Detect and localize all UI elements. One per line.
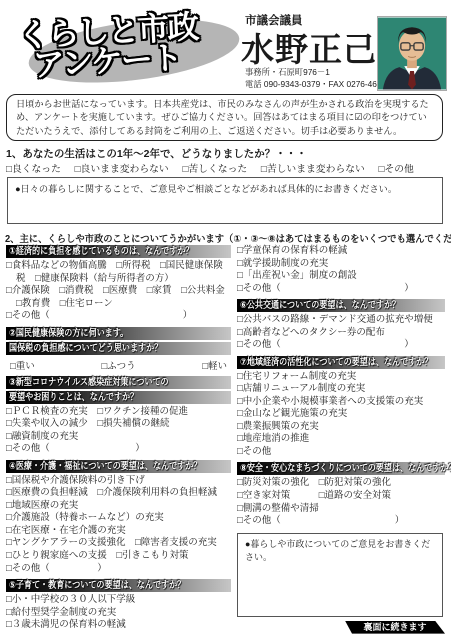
section7-row: □金山など観光施策の充実 — [237, 408, 445, 421]
section3-row: □失業や収入の減少 □損失補償の継続 — [6, 418, 231, 431]
section7-row: □その他 — [237, 446, 445, 459]
section8-row: □側溝の整備や清掃 — [237, 503, 445, 516]
s2-option-light: □軽い — [202, 358, 227, 372]
q1-option-better: □良くなった — [6, 164, 61, 175]
section6-row: □公共バスの路線・デマンド交通の拡充や増便 — [237, 314, 445, 327]
portrait-photo-svg — [378, 17, 446, 90]
council-member-name: 水野正己 — [241, 24, 377, 71]
section2-options: □重い □ふつう □軽い — [6, 357, 231, 372]
section7-row: □中小企業や小規模事業者への支援策の充実 — [237, 396, 445, 409]
section3-row: □融資制度の充実 — [6, 431, 231, 444]
section7-heading: ⑦地域経済の活性化についての要望は、なんですか？ — [237, 356, 445, 369]
right-column: □学童保育の保育料の軽減 □就学援助制度の充実 □「出産祝い金」制度の創設 □そ… — [237, 245, 445, 634]
section6-row: □高齢者などへのタクシー券の配布 — [237, 327, 445, 340]
continues-on-back-banner: 裏面に続きます — [345, 621, 445, 634]
section4-row: □介護施設（特養ホームなど）の充実 — [6, 512, 231, 525]
section4-row: □地域医療の充実 — [6, 500, 231, 513]
q1-option-harder: □苦しくなった — [182, 164, 247, 175]
section3-row: □ＰＣＲ検査の充実 □ワクチン接種の促進 — [6, 406, 231, 419]
daily-life-comment-box: ●日々の暮らしに関することで、ご意見やご相談ごとなどがあれば具体的にお書きくださ… — [7, 177, 443, 224]
section8-row: □空き家対策 □道路の安全対策 — [237, 490, 445, 503]
section5-continued-row: □その他（ ） — [237, 283, 445, 296]
survey-columns: ①経済的に負担を感じているものは、なんですか？ □食料品などの物価高騰 □所得税… — [6, 245, 445, 634]
q1-option-same-hard: □苦しいまま変わらない — [261, 164, 365, 175]
section4-row: □医療費の負担軽減 □介護保険利用料の負担軽減 — [6, 487, 231, 500]
left-column: ①経済的に負担を感じているものは、なんですか？ □食料品などの物価高騰 □所得税… — [6, 245, 231, 634]
section1-row: □その他（ ） — [6, 310, 231, 323]
section1-row: □介護保険 □消費税 □医療費 □家賃 □公共料金 □教育費 □住宅ローン — [6, 285, 231, 310]
section8-row: □その他（ ） — [237, 515, 445, 528]
city-comment-box: ●暮らしや市政についてのご意見をお書きください。 — [237, 533, 443, 617]
section8-row: □防災対策の強化 □防犯対策の強化 — [237, 477, 445, 490]
section1-heading: ①経済的に負担を感じているものは、なんですか？ — [6, 245, 231, 258]
section4-row: □その他（ ） — [6, 563, 231, 576]
section7-row: □住宅リフォーム制度の充実 — [237, 371, 445, 384]
section5-continued-row: □学童保育の保育料の軽減 — [237, 245, 445, 258]
section7-row: □農業振興策の充実 — [237, 421, 445, 434]
section1-row: □食料品などの物価高騰 □所得税 □国民健康保険税 □健康保険料（給与所得者の方… — [6, 260, 231, 285]
flyer-title: くらしと市政 アンケート — [9, 8, 252, 82]
section5-row: □小・中学校の３０人以下学級 — [6, 594, 231, 607]
s2-option-normal: □ふつう — [101, 358, 135, 372]
office-address: 事務所・石原町976－1 — [245, 66, 330, 78]
section2-heading-line2: 国保税の負担感についてどう思いますか？ — [6, 342, 231, 355]
question1-title: 1、あなたの生活はこの1年～2年で、どうなりましたか？・・・ — [6, 146, 307, 161]
section4-row: □在宅医療・在宅介護の充実 — [6, 525, 231, 538]
section3-row: □その他（ ） — [6, 443, 231, 456]
section5-continued-row: □就学援助制度の充実 — [237, 258, 445, 271]
question1-options: □良くなった □良いまま変わらない □苦しくなった □苦しいまま変わらない □そ… — [6, 161, 446, 175]
section4-row: □ヤングケアラーの支援強化 □障害者支援の充実 — [6, 537, 231, 550]
section3-heading-line1: ③新型コロナウイルス感染症対策についての — [6, 376, 231, 389]
s2-option-heavy: □重い — [10, 358, 35, 372]
intro-message-box: 日頃からお世話になっています。日本共産党は、市民のみなさんの声が生かされる政治を… — [6, 94, 443, 141]
section5-row: □給付型奨学金制度の充実 — [6, 607, 231, 620]
section5-continued-row: □「出産祝い金」制度の創設 — [237, 270, 445, 283]
section4-row: □ひとり親家庭への支援 □引きこもり対策 — [6, 550, 231, 563]
q1-option-other: □その他 — [379, 164, 414, 175]
section7-row: □店舗リニューアル制度の充実 — [237, 383, 445, 396]
section8-heading: ⑧安全・安心なまちづくりについての要望は、なんですか？ — [237, 462, 445, 475]
survey-flyer-page: くらしと市政 アンケート 市議会議員 水野正己 事務所・石原町976－1 電話 … — [0, 0, 451, 640]
q1-option-same-good: □良いまま変わらない — [75, 164, 169, 175]
question2-title: 2、主に、くらしや市政のことについてうかがいます（①・③～⑧はあてはまるものをい… — [5, 231, 451, 245]
section5-row: □３歳未満児の保育料の軽減 — [6, 619, 231, 632]
section6-row: □その他（ ） — [237, 339, 445, 352]
section4-heading: ④医療・介護・福祉についての要望は、なんですか？ — [6, 460, 231, 473]
section3-heading-line2: 要望やお困りことは、なんですか？ — [6, 391, 231, 404]
section6-heading: ⑥公共交通についての要望は、なんですか？ — [237, 299, 445, 312]
section7-row: □地産地消の推進 — [237, 433, 445, 446]
phone-fax-line: 電話 090-9343-0379・FAX 0276-46-2052 — [245, 78, 398, 90]
portrait-photo — [377, 16, 447, 91]
section4-row: □国保税や介護保険料の引き下げ — [6, 475, 231, 488]
section5-heading: ⑤子育て・教育についての要望は、なんですか？ — [6, 579, 231, 592]
section2-heading-line1: ②国民健康保険の方に伺います。 — [6, 327, 231, 340]
